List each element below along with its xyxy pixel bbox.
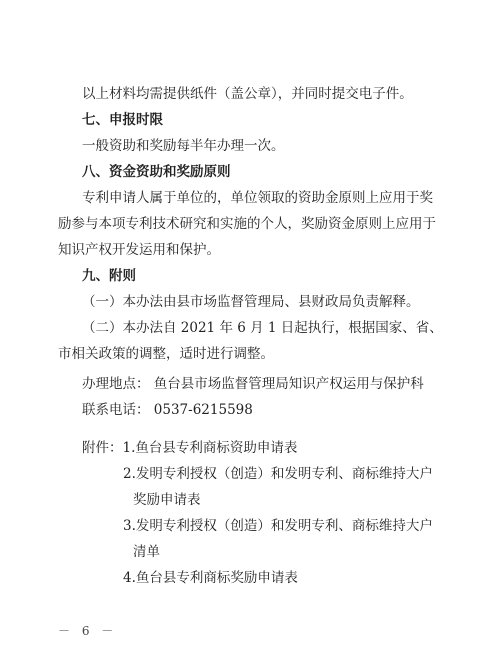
text-line: 励参与本项专利技术研究和实施的个人，奖励资金原则上应用于 <box>58 215 436 233</box>
text-line: 一般资助和奖励每半年办理一次。 <box>82 137 285 155</box>
page-number: － 6 － <box>58 622 117 639</box>
text-line: 联系电话： 0537-6215598 <box>82 401 253 419</box>
text-line: 市相关政策的调整，适时进行调整。 <box>58 345 274 363</box>
text-line: 知识产权开发运用和保护。 <box>58 241 220 259</box>
text-line: 附件：1.鱼台县专利商标资助申请表 <box>82 439 297 457</box>
text-line: 3.发明专利授权（创造）和发明专利、商标维持大户 <box>123 517 433 535</box>
text-line: （二）本办法自 2021 年 6 月 1 日起执行，根据国家、省、 <box>82 319 443 337</box>
section-heading: 七、申报时限 <box>82 111 163 129</box>
text-line: 办理地点： 鱼台县市场监督管理局知识产权运用与保护科 <box>82 375 424 393</box>
text-line: 专利申请人属于单位的，单位领取的资助金原则上应用于奖 <box>82 189 433 207</box>
section-heading: 九、附则 <box>82 267 136 285</box>
text-line: 以上材料均需提供纸件（盖公章），并同时提交电子件。 <box>82 85 413 103</box>
text-line: 奖励申请表 <box>133 491 201 509</box>
text-line: （一）本办法由县市场监督管理局、县财政局负责解释。 <box>82 293 420 311</box>
text-line: 4.鱼台县专利商标奖励申请表 <box>123 569 298 587</box>
section-heading: 八、资金资助和奖励原则 <box>82 163 231 181</box>
text-line: 2.发明专利授权（创造）和发明专利、商标维持大户 <box>123 465 433 483</box>
text-line: 清单 <box>133 543 160 561</box>
